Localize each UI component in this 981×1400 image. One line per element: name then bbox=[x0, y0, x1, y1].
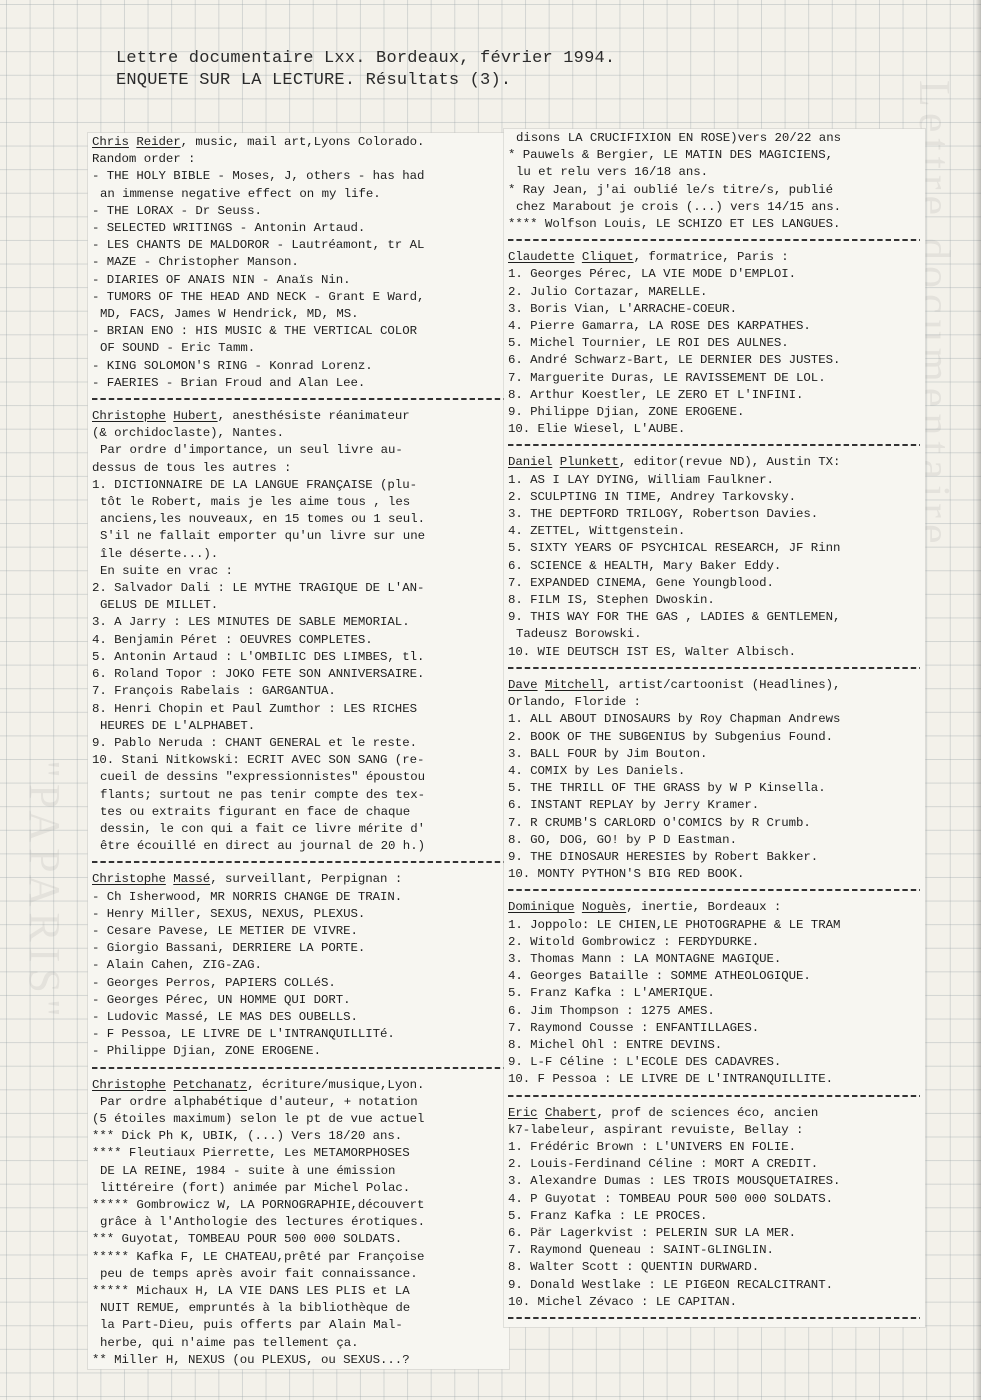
dashed-separator bbox=[92, 1063, 504, 1072]
text-line: 6. INSTANT REPLAY by Jerry Kramer. bbox=[508, 797, 920, 814]
respondent-description: , editor(revue ND), Austin TX: bbox=[619, 455, 841, 469]
text-line: - FAERIES - Brian Froud and Alan Lee. bbox=[92, 375, 504, 392]
respondent-description: , prof de sciences éco, ancien bbox=[597, 1106, 819, 1120]
text-line: 8. GO, DOG, GO! by P D Eastman. bbox=[508, 832, 920, 849]
text-line: 2. Salvador Dali : LE MYTHE TRAGIQUE DE … bbox=[92, 580, 504, 597]
respondent-description: , inertie, Bordeaux : bbox=[626, 900, 781, 914]
text-line: S'il ne fallait emporter qu'un livre sur… bbox=[92, 528, 504, 545]
text-line: île déserte...). bbox=[92, 546, 504, 563]
text-line: 3. BALL FOUR by Jim Bouton. bbox=[508, 746, 920, 763]
respondent-first-name: Dave bbox=[508, 678, 538, 692]
text-line: (5 étoiles maximum) selon le pt de vue a… bbox=[92, 1111, 504, 1128]
text-line: 8. Walter Scott : QUENTIN DURWARD. bbox=[508, 1259, 920, 1276]
respondent-description: , artist/cartoonist (Headlines), bbox=[604, 678, 840, 692]
text-line: OF SOUND - Eric Tamm. bbox=[92, 340, 504, 357]
text-line: tôt le Robert, mais je les aime tous , l… bbox=[92, 494, 504, 511]
text-line: GELUS DE MILLET. bbox=[92, 597, 504, 614]
dashed-separator bbox=[92, 857, 504, 866]
text-line: 10. MONTY PYTHON'S BIG RED BOOK. bbox=[508, 866, 920, 883]
text-line: 9. THE DINOSAUR HERESIES by Robert Bakke… bbox=[508, 849, 920, 866]
respondent-last-name: Massé bbox=[173, 872, 210, 886]
respondent-entry: Claudette Cliquet, formatrice, Paris :1.… bbox=[508, 249, 920, 438]
respondent-last-name: Mitchell bbox=[545, 678, 604, 692]
respondent-entry: Daniel Plunkett, editor(revue ND), Austi… bbox=[508, 454, 920, 660]
text-line: 3. THE DEPTFORD TRILOGY, Robertson Davie… bbox=[508, 506, 920, 523]
respondent-last-name: Chabert bbox=[545, 1106, 597, 1120]
text-line: - Georges Perros, PAPIERS COLLéS. bbox=[92, 975, 504, 992]
text-line: 4. COMIX by Les Daniels. bbox=[508, 763, 920, 780]
text-line: 1. ALL ABOUT DINOSAURS by Roy Chapman An… bbox=[508, 711, 920, 728]
text-line: 2. SCULPTING IN TIME, Andrey Tarkovsky. bbox=[508, 489, 920, 506]
text-line: 2. Louis-Ferdinand Céline : MORT A CREDI… bbox=[508, 1156, 920, 1173]
text-line: NUIT REMUE, empruntés à la bibliothèque … bbox=[92, 1300, 504, 1317]
text-line: - MAZE - Christopher Manson. bbox=[92, 254, 504, 271]
respondent-heading: Eric Chabert, prof de sciences éco, anci… bbox=[508, 1105, 920, 1122]
text-line: 1. AS I LAY DYING, William Faulkner. bbox=[508, 472, 920, 489]
respondent-heading: Dave Mitchell, artist/cartoonist (Headli… bbox=[508, 677, 920, 694]
dashed-separator bbox=[508, 885, 920, 894]
respondent-first-name: Christophe bbox=[92, 409, 166, 423]
respondent-entry: Christophe Massé, surveillant, Perpignan… bbox=[92, 871, 504, 1060]
text-line: Tadeusz Borowski. bbox=[508, 626, 920, 643]
text-line: 3. Boris Vian, L'ARRACHE-COEUR. bbox=[508, 301, 920, 318]
text-line: dessin, le con qui a fait ce livre mérit… bbox=[92, 821, 504, 838]
text-line: 1. Joppolo: LE CHIEN,LE PHOTOGRAPHE & LE… bbox=[508, 917, 920, 934]
respondent-description: , écriture/musique,Lyon. bbox=[247, 1078, 424, 1092]
continued-entry: disons LA CRUCIFIXION EN ROSE)vers 20/22… bbox=[508, 130, 920, 233]
respondent-description: , anesthésiste réanimateur bbox=[218, 409, 410, 423]
text-line: 8. Henri Chopin et Paul Zumthor : LES RI… bbox=[92, 701, 504, 718]
text-line: - Ch Isherwood, MR NORRIS CHANGE DE TRAI… bbox=[92, 889, 504, 906]
text-line: 5. SIXTY YEARS OF PSYCHICAL RESEARCH, JF… bbox=[508, 540, 920, 557]
text-line: - SELECTED WRITINGS - Antonin Artaud. bbox=[92, 220, 504, 237]
text-line: cueil de dessins "expressionnistes" épou… bbox=[92, 769, 504, 786]
respondent-first-name: Christophe bbox=[92, 1078, 166, 1092]
text-line: 6. André Schwarz-Bart, LE DERNIER DES JU… bbox=[508, 352, 920, 369]
text-line: 6. Jim Thompson : 1275 AMES. bbox=[508, 1003, 920, 1020]
text-line: 7. Raymond Queneau : SAINT-GLINGLIN. bbox=[508, 1242, 920, 1259]
respondent-last-name: Petchanatz bbox=[173, 1078, 247, 1092]
respondent-last-name: Hubert bbox=[173, 409, 217, 423]
text-line: 3. A Jarry : LES MINUTES DE SABLE MEMORI… bbox=[92, 614, 504, 631]
text-line: herbe, qui n'aime pas tellement ça. bbox=[92, 1335, 504, 1352]
respondent-last-name: Noguès bbox=[582, 900, 626, 914]
dashed-separator bbox=[508, 1313, 920, 1322]
text-line: 10. Elie Wiesel, L'AUBE. bbox=[508, 421, 920, 438]
header-title: Lettre documentaire Lxx. Bordeaux, févri… bbox=[116, 48, 615, 70]
text-line: 1. Georges Pérec, LA VIE MODE D'EMPLOI. bbox=[508, 266, 920, 283]
respondent-heading: Christophe Petchanatz, écriture/musique,… bbox=[92, 1077, 504, 1094]
text-line: 10. Michel Zévaco : LE CAPITAN. bbox=[508, 1294, 920, 1311]
text-line: ***** Kafka F, LE CHATEAU,prêté par Fran… bbox=[92, 1249, 504, 1266]
page-edge-shadow bbox=[975, 0, 981, 1400]
respondent-description: , formatrice, Paris : bbox=[634, 250, 789, 264]
respondent-heading: Chris Reider, music, mail art,Lyons Colo… bbox=[92, 134, 504, 151]
respondent-last-name: Cliquet bbox=[582, 250, 634, 264]
text-line: 10. WIE DEUTSCH IST ES, Walter Albisch. bbox=[508, 644, 920, 661]
respondent-first-name: Daniel bbox=[508, 455, 552, 469]
text-line: 5. Franz Kafka : L'AMERIQUE. bbox=[508, 985, 920, 1002]
dashed-separator bbox=[508, 440, 920, 449]
text-line: 2. Witold Gombrowicz : FERDYDURKE. bbox=[508, 934, 920, 951]
text-line: - F Pessoa, LE LIVRE DE L'INTRANQUILLITé… bbox=[92, 1026, 504, 1043]
text-line: 4. Pierre Gamarra, LA ROSE DES KARPATHES… bbox=[508, 318, 920, 335]
text-line: HEURES DE L'ALPHABET. bbox=[92, 718, 504, 735]
right-column: disons LA CRUCIFIXION EN ROSE)vers 20/22… bbox=[504, 129, 925, 1327]
text-line: 10. Stani Nitkowski: ECRIT AVEC SON SANG… bbox=[92, 752, 504, 769]
text-line: 8. Arthur Koestler, LE ZERO ET L'INFINI. bbox=[508, 387, 920, 404]
text-line: ***** Gombrowicz W, LA PORNOGRAPHIE,déco… bbox=[92, 1197, 504, 1214]
text-line: - KING SOLOMON'S RING - Konrad Lorenz. bbox=[92, 358, 504, 375]
text-line: - THE HOLY BIBLE - Moses, J, others - ha… bbox=[92, 168, 504, 185]
text-line: 1. DICTIONNAIRE DE LA LANGUE FRANÇAISE (… bbox=[92, 477, 504, 494]
text-line: 9. Pablo Neruda : CHANT GENERAL et le re… bbox=[92, 735, 504, 752]
text-line: - BRIAN ENO : HIS MUSIC & THE VERTICAL C… bbox=[92, 323, 504, 340]
text-line: DE LA REINE, 1984 - suite à une émission bbox=[92, 1163, 504, 1180]
text-line: littéreire (fort) animée par Michel Pola… bbox=[92, 1180, 504, 1197]
text-line: - Cesare Pavese, LE METIER DE VIVRE. bbox=[92, 923, 504, 940]
text-line: dessus de tous les autres : bbox=[92, 460, 504, 477]
respondent-entry: Dave Mitchell, artist/cartoonist (Headli… bbox=[508, 677, 920, 883]
text-line: - Henry Miller, SEXUS, NEXUS, PLEXUS. bbox=[92, 906, 504, 923]
text-line: 7. R CRUMB'S CARLORD O'COMICS by R Crumb… bbox=[508, 815, 920, 832]
text-line: grâce à l'Anthologie des lectures érotiq… bbox=[92, 1214, 504, 1231]
respondent-heading: Christophe Hubert, anesthésiste réanimat… bbox=[92, 408, 504, 425]
text-line: 9. L-F Céline : L'ECOLE DES CADAVRES. bbox=[508, 1054, 920, 1071]
text-line: - Georges Pérec, UN HOMME QUI DORT. bbox=[92, 992, 504, 1009]
respondent-entry: Chris Reider, music, mail art,Lyons Colo… bbox=[92, 134, 504, 392]
respondent-first-name: Claudette bbox=[508, 250, 574, 264]
respondent-first-name: Dominique bbox=[508, 900, 574, 914]
text-line: 7. François Rabelais : GARGANTUA. bbox=[92, 683, 504, 700]
dashed-separator bbox=[508, 1091, 920, 1100]
respondent-heading: Christophe Massé, surveillant, Perpignan… bbox=[92, 871, 504, 888]
respondent-heading: Daniel Plunkett, editor(revue ND), Austi… bbox=[508, 454, 920, 471]
text-line: 3. Thomas Mann : LA MONTAGNE MAGIQUE. bbox=[508, 951, 920, 968]
dashed-separator bbox=[508, 235, 920, 244]
dashed-separator bbox=[508, 663, 920, 672]
respondent-description: , surveillant, Perpignan : bbox=[210, 872, 402, 886]
text-line: Par ordre alphabétique d'auteur, + notat… bbox=[92, 1094, 504, 1111]
text-line: 9. THIS WAY FOR THE GAS , LADIES & GENTL… bbox=[508, 609, 920, 626]
respondent-description: , music, mail art,Lyons Colorado. bbox=[181, 135, 425, 149]
respondent-heading: Claudette Cliquet, formatrice, Paris : bbox=[508, 249, 920, 266]
respondent-first-name: Chris bbox=[92, 135, 129, 149]
text-line: * Ray Jean, j'ai oublié le/s titre/s, pu… bbox=[508, 182, 920, 199]
respondent-entry: Christophe Hubert, anesthésiste réanimat… bbox=[92, 408, 504, 855]
text-line: (& orchidoclaste), Nantes. bbox=[92, 425, 504, 442]
dashed-separator bbox=[92, 394, 504, 403]
text-line: 4. Benjamin Péret : OEUVRES COMPLETES. bbox=[92, 632, 504, 649]
text-line: être écouillé en direct au journal de 20… bbox=[92, 838, 504, 855]
text-line: 4. P Guyotat : TOMBEAU POUR 500 000 SOLD… bbox=[508, 1191, 920, 1208]
text-line: Random order : bbox=[92, 151, 504, 168]
text-line: - Giorgio Bassani, DERRIERE LA PORTE. bbox=[92, 940, 504, 957]
text-line: *** Guyotat, TOMBEAU POUR 500 000 SOLDAT… bbox=[92, 1231, 504, 1248]
text-line: disons LA CRUCIFIXION EN ROSE)vers 20/22… bbox=[508, 130, 920, 147]
text-line: ***** Michaux H, LA VIE DANS LES PLIS et… bbox=[92, 1283, 504, 1300]
text-line: 8. FILM IS, Stephen Dwoskin. bbox=[508, 592, 920, 609]
text-line: 7. Marguerite Duras, LE RAVISSEMENT DE L… bbox=[508, 370, 920, 387]
respondent-entry: Dominique Noguès, inertie, Bordeaux :1. … bbox=[508, 899, 920, 1088]
text-line: tes ou extraits figurant en face de chaq… bbox=[92, 804, 504, 821]
respondent-heading: Dominique Noguès, inertie, Bordeaux : bbox=[508, 899, 920, 916]
text-line: 8. Michel Ohl : ENTRE DEVINS. bbox=[508, 1037, 920, 1054]
text-line: MD, FACS, James W Hendrick, MD, MS. bbox=[92, 306, 504, 323]
text-line: 4. ZETTEL, Wittgenstein. bbox=[508, 523, 920, 540]
text-line: - LES CHANTS DE MALDOROR - Lautréamont, … bbox=[92, 237, 504, 254]
respondent-entry: Eric Chabert, prof de sciences éco, anci… bbox=[508, 1105, 920, 1311]
text-line: Par ordre d'importance, un seul livre au… bbox=[92, 442, 504, 459]
text-line: anciens,les nouveaux, en 15 tomes ou 1 s… bbox=[92, 511, 504, 528]
text-line: k7-labeleur, aspirant revuiste, Bellay : bbox=[508, 1122, 920, 1139]
text-line: - Philippe Djian, ZONE EROGENE. bbox=[92, 1043, 504, 1060]
text-line: 6. Pär Lagerkvist : PELERIN SUR LA MER. bbox=[508, 1225, 920, 1242]
text-line: 9. Donald Westlake : LE PIGEON RECALCITR… bbox=[508, 1277, 920, 1294]
text-line: - TUMORS OF THE HEAD AND NECK - Grant E … bbox=[92, 289, 504, 306]
text-line: 5. Antonin Artaud : L'OMBILIC DES LIMBES… bbox=[92, 649, 504, 666]
text-line: En suite en vrac : bbox=[92, 563, 504, 580]
header-subtitle: ENQUETE SUR LA LECTURE. Résultats (3). bbox=[116, 70, 615, 92]
text-line: - Ludovic Massé, LE MAS DES OUBELLS. bbox=[92, 1009, 504, 1026]
text-line: 5. Michel Tournier, LE ROI DES AULNES. bbox=[508, 335, 920, 352]
respondent-first-name: Eric bbox=[508, 1106, 538, 1120]
text-line: an immense negative effect on my life. bbox=[92, 186, 504, 203]
text-line: 4. Georges Bataille : SOMME ATHEOLOGIQUE… bbox=[508, 968, 920, 985]
text-line: 3. Alexandre Dumas : LES TROIS MOUSQUETA… bbox=[508, 1173, 920, 1190]
text-line: 7. EXPANDED CINEMA, Gene Youngblood. bbox=[508, 575, 920, 592]
text-line: Orlando, Floride : bbox=[508, 694, 920, 711]
left-column: Chris Reider, music, mail art,Lyons Colo… bbox=[88, 133, 509, 1369]
document-header: Lettre documentaire Lxx. Bordeaux, févri… bbox=[116, 48, 615, 92]
text-line: 10. F Pessoa : LE LIVRE DE L'INTRANQUILL… bbox=[508, 1071, 920, 1088]
text-line: 5. THE THRILL OF THE GRASS by W P Kinsel… bbox=[508, 780, 920, 797]
text-line: 6. Roland Topor : JOKO FETE SON ANNIVERS… bbox=[92, 666, 504, 683]
text-line: 1. Frédéric Brown : L'UNIVERS EN FOLIE. bbox=[508, 1139, 920, 1156]
text-line: 7. Raymond Cousse : ENFANTILLAGES. bbox=[508, 1020, 920, 1037]
text-line: lu et relu vers 16/18 ans. bbox=[508, 164, 920, 181]
text-line: flants; surtout ne pas tenir compte des … bbox=[92, 787, 504, 804]
text-line: *** Dick Ph K, UBIK, (...) Vers 18/20 an… bbox=[92, 1128, 504, 1145]
text-line: la Part-Dieu, puis offerts par Alain Mal… bbox=[92, 1317, 504, 1334]
respondent-entry: Christophe Petchanatz, écriture/musique,… bbox=[92, 1077, 504, 1369]
text-line: - DIARIES OF ANAIS NIN - Anaïs Nin. bbox=[92, 272, 504, 289]
text-line: **** Wolfson Louis, LE SCHIZO ET LES LAN… bbox=[508, 216, 920, 233]
text-line: 5. Franz Kafka : LE PROCES. bbox=[508, 1208, 920, 1225]
text-line: * Pauwels & Bergier, LE MATIN DES MAGICI… bbox=[508, 147, 920, 164]
text-line: chez Marabout je crois (...) vers 14/15 … bbox=[508, 199, 920, 216]
text-line: 9. Philippe Djian, ZONE EROGENE. bbox=[508, 404, 920, 421]
text-line: 6. SCIENCE & HEALTH, Mary Baker Eddy. bbox=[508, 558, 920, 575]
text-line: **** Fleutiaux Pierrette, Les METAMORPHO… bbox=[92, 1145, 504, 1162]
text-line: 2. Julio Cortazar, MARELLE. bbox=[508, 284, 920, 301]
text-line: peu de temps après avoir fait connaissan… bbox=[92, 1266, 504, 1283]
respondent-last-name: Reider bbox=[136, 135, 180, 149]
respondent-last-name: Plunkett bbox=[560, 455, 619, 469]
text-line: - Alain Cahen, ZIG-ZAG. bbox=[92, 957, 504, 974]
watermark-text: "PAPARIS" bbox=[19, 760, 70, 1023]
text-line: ** Miller H, NEXUS (ou PLEXUS, ou SEXUS.… bbox=[92, 1352, 504, 1369]
respondent-first-name: Christophe bbox=[92, 872, 166, 886]
text-line: 2. BOOK OF THE SUBGENIUS by Subgenius Fo… bbox=[508, 729, 920, 746]
text-line: - THE LORAX - Dr Seuss. bbox=[92, 203, 504, 220]
